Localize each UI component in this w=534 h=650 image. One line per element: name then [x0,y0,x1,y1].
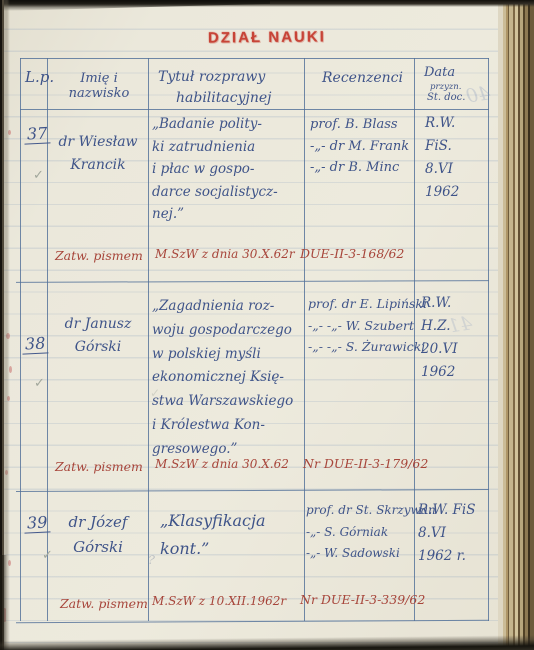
row-39-lp-number: 39 [23,512,50,533]
pencil-squiggle: ﹖ [144,548,157,567]
row-37-approval-label: Zatw. pismem [55,248,143,263]
row-37-name: dr Wiesław Krancik [50,131,146,177]
row-37-check-icon: ✓ [33,168,44,183]
table-line-header-bottom [20,109,489,110]
header-reviewers: Recenzenci [322,70,403,86]
row-38-date: R.W. H.Z. 20.VI 1962 [421,292,458,384]
row-38-approval-label: Zatw. pismem [55,459,143,474]
row-37-approval-number: DUE-II-3-168/62 [300,246,404,261]
bleedthrough-number-40: 40 [465,82,492,107]
row-39-lp: 39 [24,513,50,533]
table-line-sep1 [16,280,489,283]
row-38-reviewers: prof. dr E. Lipiński -„- -„- W. Szubert … [308,293,427,358]
table-line-sep2 [16,489,489,492]
row-37-date: R.W. FiS. 8.VI 1962 [425,112,459,204]
bleedthrough-number-41: 41 [447,312,474,337]
row-39-reviewers: prof. dr St. Skrzywan -„- S. Górniak -„-… [306,500,436,565]
row-38-name: dr Janusz Górski [50,313,146,359]
pencil-ghost-check: ✓ [150,386,160,400]
binding-edge-left [0,0,10,650]
row-38-approval-ref: M.SzW z dnia 30.X.62 [155,457,289,471]
stamp-dzial-nauki: DZIAŁ NAUKI [208,28,328,46]
header-lp: L.p. [25,68,54,86]
row-39-approval-ref: M.SzW z 10.XII.1962r [152,594,286,608]
row-38-approval-number: Nr DUE-II-3-179/62 [303,456,428,471]
shadow-bottom-left [0,555,7,650]
header-title-line1: Tytuł rozprawy [158,69,265,85]
row-39-name: dr Józef Górski [48,510,148,560]
page-edges-right [496,0,534,650]
header-date-line1: Data [424,65,455,80]
header-name: Imię i nazwisko [52,71,146,101]
row-37-approval-ref: M.SzW z dnia 30.X.62r [155,247,295,261]
header-date-line2: przyzn. [430,82,461,92]
row-37-lp: 37 [24,124,50,144]
table-line-top [20,58,489,59]
row-37-lp-number: 37 [23,123,50,144]
row-39-approval-label: Zatw. pismem [60,596,148,611]
register-page: DZIAŁ NAUKI L.p. Imię i nazwisko Tytuł r… [0,0,534,650]
header-date-line3: St. doc. [427,92,465,103]
row-37-reviewers: prof. B. Blass -„- dr M. Frank -„- dr B.… [310,114,409,179]
book-edge-bottom [0,635,534,650]
row-39-date: R.W. FiS 8.VI 1962 r. [418,499,476,568]
row-38-title: „Zagadnienia roz- woju gospodarczego w p… [152,295,304,462]
row-39-title: „Klasyfikacja kont.” [160,507,310,563]
row-38-lp: 38 [22,334,48,354]
row-37-title: „Badanie polity- ki zatrudnienia i płac … [152,113,304,226]
row-38-lp-number: 38 [21,333,48,354]
row-38-check-icon: ✓ [34,376,45,391]
table-border-right [488,58,489,621]
table-col-line-2 [148,58,149,621]
header-title-line2: habilitacyjnej [176,90,271,106]
row-39-approval-number: Nr DUE-II-3-339/62 [300,592,425,607]
table-line-bottom [16,620,489,624]
